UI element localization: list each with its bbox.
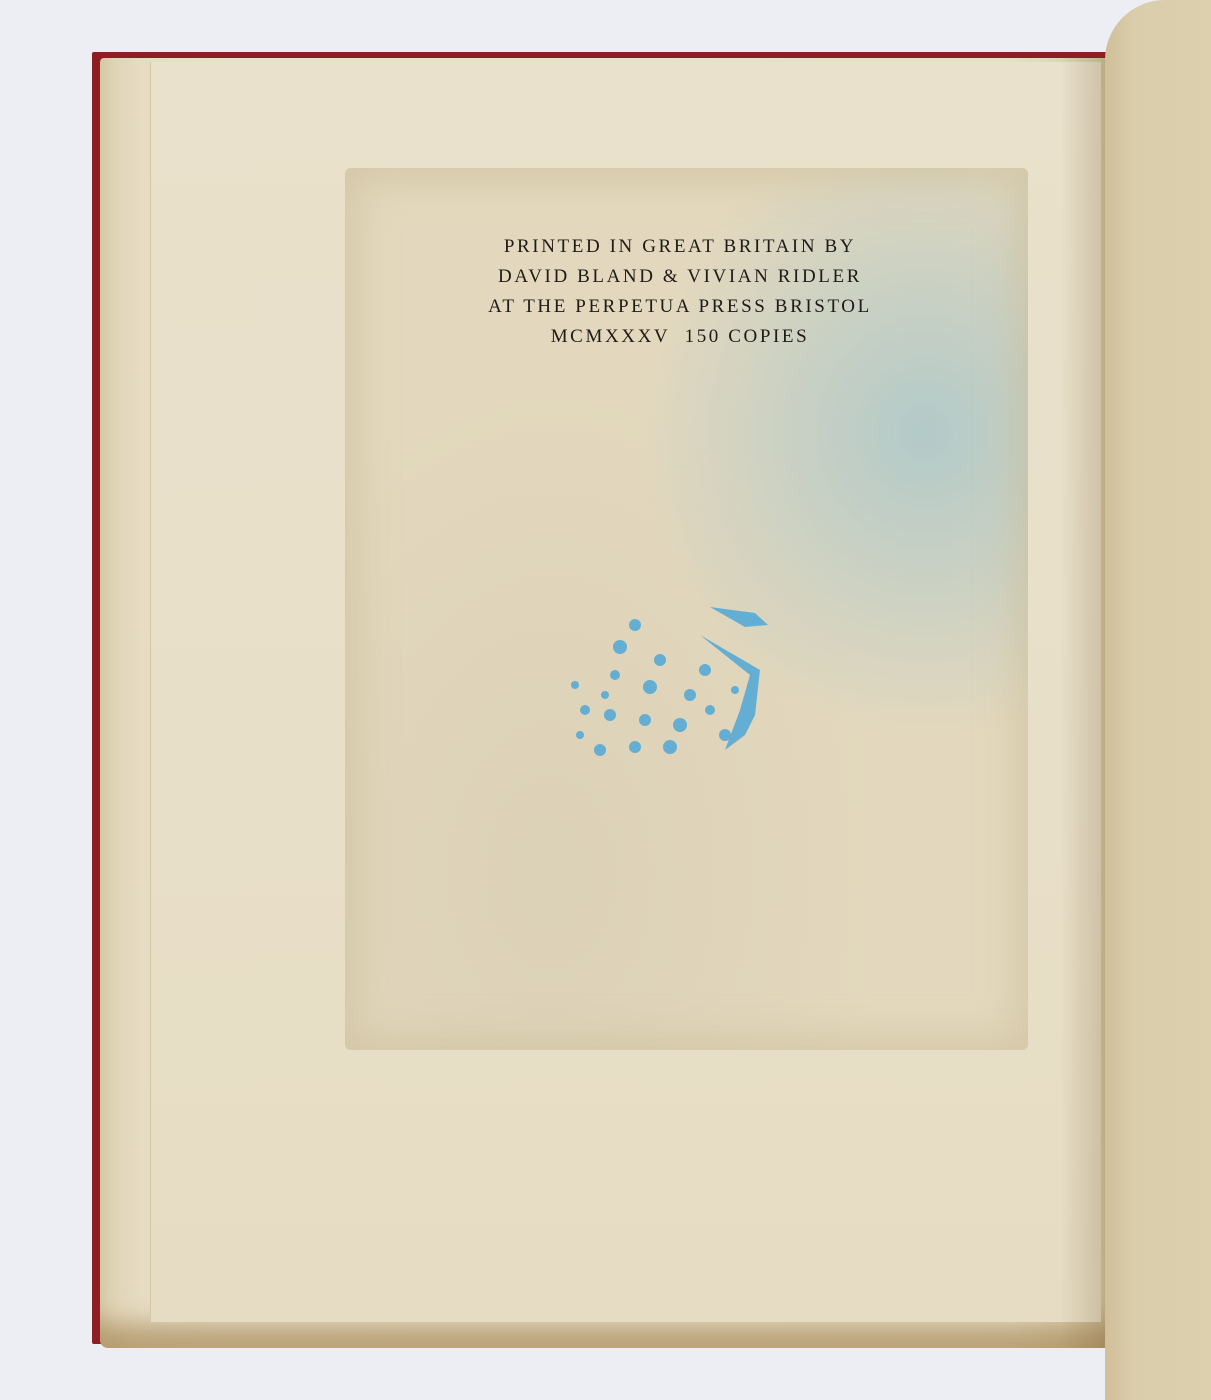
colophon-line-printer: PRINTED IN GREAT BRITAIN BY bbox=[470, 232, 890, 262]
gutter-shadow bbox=[1060, 58, 1105, 1348]
illustration-blue-pattern bbox=[510, 585, 770, 765]
colophon-line-date-edition: MCMXXXV 150 COPIES bbox=[470, 322, 890, 352]
colophon-line-printers-names: DAVID BLAND & VIVIAN RIDLER bbox=[470, 262, 890, 292]
colophon-line-press: AT THE PERPETUA PRESS BRISTOL bbox=[470, 292, 890, 322]
colophon-text: PRINTED IN GREAT BRITAIN BY DAVID BLAND … bbox=[470, 232, 890, 352]
facing-page bbox=[1105, 0, 1211, 1400]
